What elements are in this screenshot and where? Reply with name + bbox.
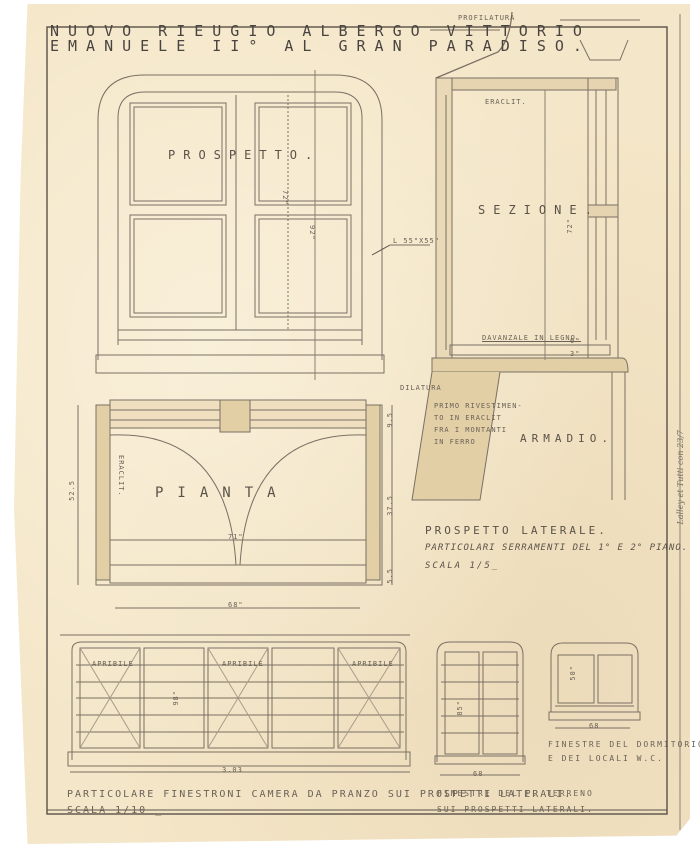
- sezione-label: SEZIONE.: [478, 203, 600, 217]
- sezione-top-note: PROFILATURA: [458, 14, 515, 22]
- sezione-sill-label: DAVANZALE IN LEGNO.: [482, 334, 581, 342]
- pianta-label: PIANTA: [155, 485, 290, 501]
- pianta-plan: [78, 400, 392, 608]
- prospetto-dim-inner: 72": [281, 190, 289, 206]
- terreno-dim-height: 85": [456, 700, 464, 716]
- sezione-fill-note-2: TO IN ERACLIT: [434, 414, 502, 422]
- prospetto-laterale-heading: PROSPETTO LATERALE.: [425, 524, 608, 537]
- finestroni-dim-height: 98": [172, 690, 180, 706]
- prospetto-dim-outer: 92": [308, 225, 316, 241]
- pianta-dim-inner-width: 71": [228, 533, 244, 541]
- finestroni-dim-width: 3.03: [222, 766, 243, 774]
- finestroni-panel-label-1: APRIBILE: [92, 660, 134, 668]
- finestroni-panel-label-2: APRIBILE: [222, 660, 264, 668]
- finestre-terreno-elevation: [435, 642, 525, 775]
- pianta-eraclit: ERACLIT.: [117, 455, 125, 497]
- dormitorio-caption-1: FINESTRE DEL DORMITORIO: [548, 740, 700, 749]
- pianta-dim-mid-right: 37.5: [386, 495, 394, 516]
- terreno-caption-1: FINESTRE DEL P. TERRENO: [437, 789, 594, 798]
- prospetto-label: PROSPETTO.: [168, 148, 320, 162]
- sezione-dim-3: 3": [570, 350, 580, 358]
- margin-handwritten-note: Lalley et Tutti con 23/7: [676, 430, 685, 524]
- pianta-dim-left: 52.5: [68, 480, 76, 501]
- prospetto-laterale-subtitle: PARTICOLARI SERRAMENTI DEL 1° E 2° PIANO…: [425, 543, 688, 553]
- pianta-dim-top-right: 9.5: [386, 412, 394, 428]
- finestroni-caption-2: SCALA 1/10 _: [67, 805, 163, 816]
- finestre-dormitorio-elevation: [549, 643, 640, 728]
- sezione-fill-note-3: FRA I MONTANTI: [434, 426, 507, 434]
- sezione-dim-6: 6": [570, 337, 580, 345]
- terreno-dim-width: 68: [473, 770, 483, 778]
- finestroni-panel-label-3: APRIBILE: [352, 660, 394, 668]
- prospetto-laterale-scale: SCALA 1/5_: [425, 561, 499, 571]
- sezione-fill-note-1: PRIMO RIVESTIMEN-: [434, 402, 523, 410]
- pianta-dim-outer-width: 68": [228, 601, 244, 609]
- armadio-label: ARMADIO.: [520, 432, 613, 445]
- sezione-left-note: DILATURA: [400, 384, 442, 392]
- sezione-inner-note: ERACLIT.: [485, 98, 527, 106]
- pianta-dim-bottom-right: 5.5: [386, 568, 394, 584]
- sezione-fill-note-4: IN FERRO: [434, 438, 476, 446]
- terreno-caption-2: SUI PROSPETTI LATERALI.: [437, 805, 594, 814]
- sezione-dim-height: 72": [566, 218, 574, 234]
- prospetto-elevation: [96, 70, 430, 380]
- dormitorio-caption-2: E DEI LOCALI W.C.: [548, 754, 664, 763]
- dormitorio-dim-width: 68: [589, 722, 599, 730]
- title-line-2: EMANUELE II° AL GRAN PARADISO.: [50, 37, 591, 55]
- dormitorio-dim-height: 50": [569, 665, 577, 681]
- prospetto-annotation: L 55"X55": [393, 237, 440, 245]
- finestroni-elevation: [60, 635, 410, 772]
